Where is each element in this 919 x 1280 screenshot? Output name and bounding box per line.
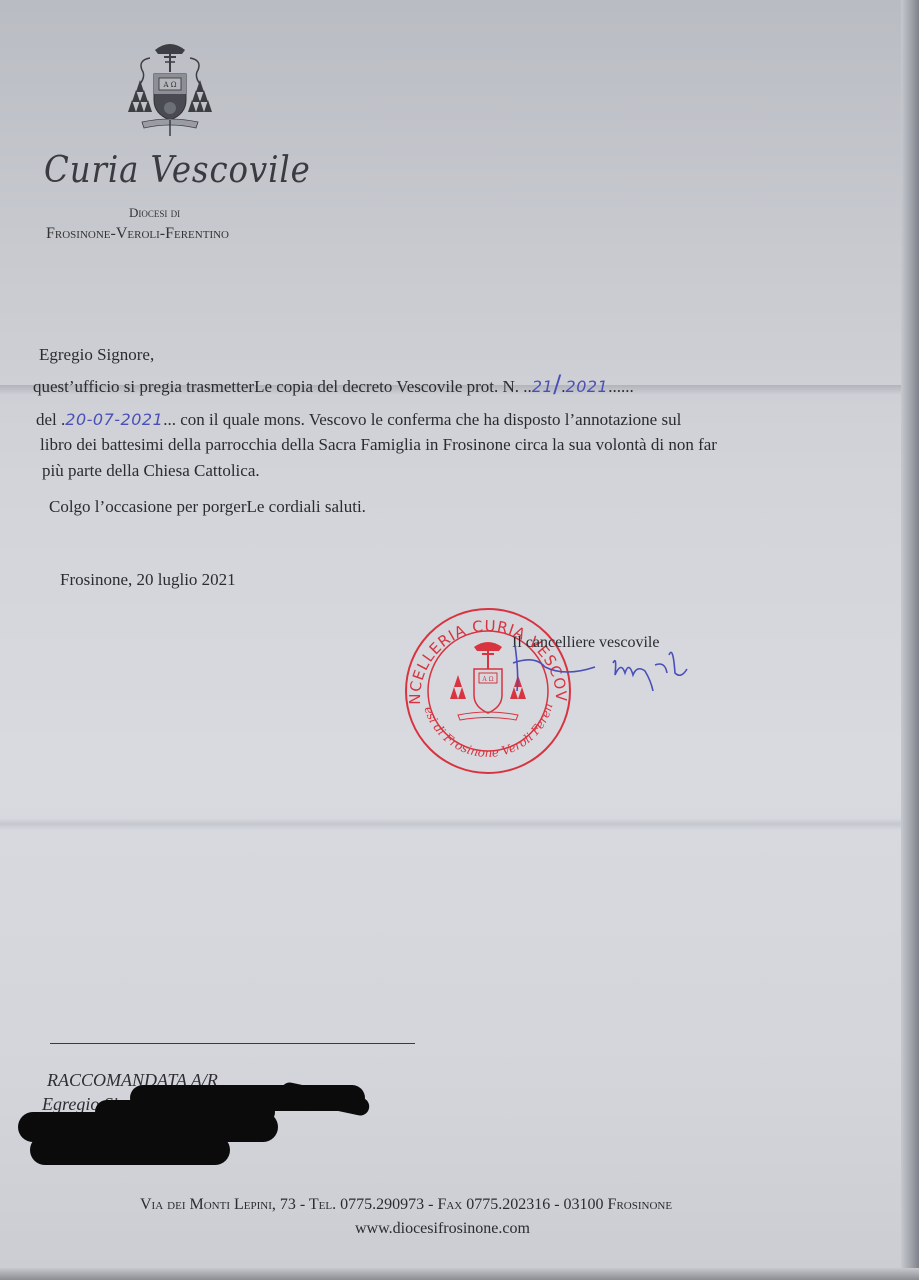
body-line-1-text: quest’ufficio si pregia trasmetterLe cop… (33, 377, 532, 396)
svg-text:A Ω: A Ω (481, 676, 493, 683)
footer-address: Via dei Monti Lepini, 73 - Tel. 0775.290… (140, 1196, 672, 1214)
svg-text:A Ω: A Ω (162, 81, 176, 89)
place-date: Frosinone, 20 luglio 2021 (60, 570, 236, 590)
footer-website: www.diocesifrosinone.com (355, 1220, 530, 1238)
body-line-1: quest’ufficio si pregia trasmetterLe cop… (33, 370, 634, 398)
paper-edge (901, 0, 919, 1280)
salutation: Egregio Signore, (39, 345, 154, 365)
handwritten-signature-icon (505, 625, 695, 705)
redaction-mark (30, 1135, 230, 1165)
letterhead-title: Curia Vescovile (44, 150, 311, 191)
letterhead-subtitle: Diocesi di (129, 205, 180, 221)
coat-of-arms-icon: A Ω (120, 38, 220, 138)
handwritten-decree-date: 20-07-2021 (65, 410, 163, 429)
paper-fold-bottom (0, 818, 910, 830)
body-line-3: libro dei battesimi della parrocchia del… (40, 435, 717, 455)
handwritten-prot-number: 21 (532, 377, 553, 396)
separator-line (50, 1043, 415, 1044)
handwritten-prot-year: 2021 (566, 377, 609, 396)
body-line-2: del .20-07-2021... con il quale mons. Ve… (36, 410, 681, 430)
paper-edge-bottom (0, 1268, 919, 1280)
body-line-4: più parte della Chiesa Cattolica. (42, 461, 260, 481)
closing-line: Colgo l’occasione per porgerLe cordiali … (49, 497, 366, 517)
letterhead-diocese: Frosinone-Veroli-Ferentino (46, 225, 229, 243)
